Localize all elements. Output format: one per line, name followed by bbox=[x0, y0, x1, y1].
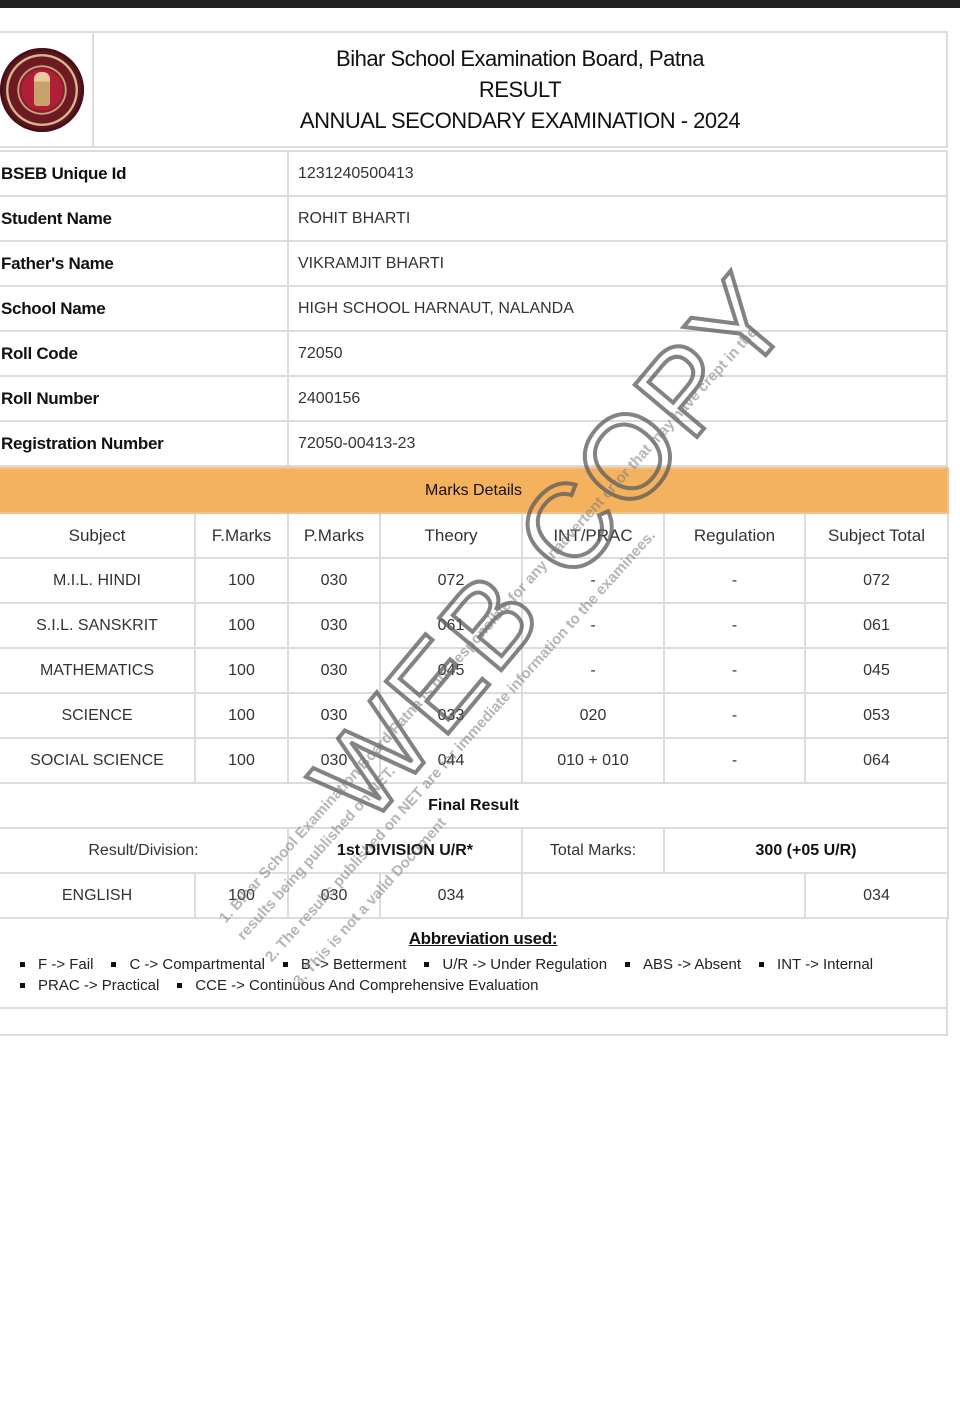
marks-column-headers: Subject F.Marks P.Marks Theory INT/PRAC … bbox=[0, 513, 948, 558]
table-row: SCIENCE 100 030 033 020 - 053 bbox=[0, 693, 948, 738]
square-bullet-icon bbox=[20, 983, 25, 988]
info-row-father-name: Father's Name VIKRAMJIT BHARTI bbox=[0, 241, 947, 286]
marks-table: Marks Details Subject F.Marks P.Marks Th… bbox=[0, 467, 949, 919]
final-result-title: Final Result bbox=[0, 783, 948, 828]
info-label: BSEB Unique Id bbox=[0, 151, 288, 196]
pass-marks-cell: 030 bbox=[288, 558, 380, 603]
info-value: 1231240500413 bbox=[288, 151, 947, 196]
table-row: MATHEMATICS 100 030 045 - - 045 bbox=[0, 648, 948, 693]
theory-cell: 045 bbox=[380, 648, 522, 693]
division-label: Result/Division: bbox=[0, 828, 288, 873]
square-bullet-icon bbox=[20, 962, 25, 967]
subject-total-cell: 072 bbox=[805, 558, 948, 603]
table-row: SOCIAL SCIENCE 100 030 044 010 + 010 - 0… bbox=[0, 738, 948, 783]
board-name: Bihar School Examination Board, Patna bbox=[336, 43, 704, 74]
abbreviation-item: C -> Compartmental bbox=[111, 954, 264, 975]
column-header: P.Marks bbox=[288, 513, 380, 558]
int-prac-cell: 020 bbox=[522, 693, 664, 738]
abbreviations-list: F -> Fail C -> Compartmental B -> Better… bbox=[20, 954, 946, 996]
info-row-roll-code: Roll Code 72050 bbox=[0, 331, 947, 376]
empty-cell bbox=[522, 873, 805, 918]
theory-cell: 044 bbox=[380, 738, 522, 783]
info-label: Registration Number bbox=[0, 421, 288, 466]
column-header: INT/PRAC bbox=[522, 513, 664, 558]
info-row-student-name: Student Name ROHIT BHARTI bbox=[0, 196, 947, 241]
info-value: HIGH SCHOOL HARNAUT, NALANDA bbox=[288, 286, 947, 331]
square-bullet-icon bbox=[283, 962, 288, 967]
table-row: S.I.L. SANSKRIT 100 030 061 - - 061 bbox=[0, 603, 948, 648]
full-marks-cell: 100 bbox=[195, 648, 288, 693]
info-row-roll-number: Roll Number 2400156 bbox=[0, 376, 947, 421]
abbreviation-item: CCE -> Continuous And Comprehensive Eval… bbox=[177, 975, 538, 996]
total-marks-label: Total Marks: bbox=[522, 828, 664, 873]
info-value: 72050-00413-23 bbox=[288, 421, 947, 466]
subject-cell: MATHEMATICS bbox=[0, 648, 195, 693]
subject-cell: SCIENCE bbox=[0, 693, 195, 738]
document-type: RESULT bbox=[479, 74, 561, 105]
regulation-cell: - bbox=[664, 558, 805, 603]
square-bullet-icon bbox=[424, 962, 429, 967]
pass-marks-cell: 030 bbox=[288, 738, 380, 783]
table-row: ENGLISH 100 030 034 034 bbox=[0, 873, 948, 918]
subject-total-cell: 053 bbox=[805, 693, 948, 738]
full-marks-cell: 100 bbox=[195, 693, 288, 738]
full-marks-cell: 100 bbox=[195, 738, 288, 783]
student-info-table: BSEB Unique Id 1231240500413 Student Nam… bbox=[0, 150, 948, 467]
column-header: Theory bbox=[380, 513, 522, 558]
full-marks-cell: 100 bbox=[195, 603, 288, 648]
info-row-school-name: School Name HIGH SCHOOL HARNAUT, NALANDA bbox=[0, 286, 947, 331]
pass-marks-cell: 030 bbox=[288, 873, 380, 918]
int-prac-cell: 010 + 010 bbox=[522, 738, 664, 783]
column-header: Regulation bbox=[664, 513, 805, 558]
full-marks-cell: 100 bbox=[195, 558, 288, 603]
subject-total-cell: 045 bbox=[805, 648, 948, 693]
abbreviation-item: U/R -> Under Regulation bbox=[424, 954, 607, 975]
subject-cell: S.I.L. SANSKRIT bbox=[0, 603, 195, 648]
pass-marks-cell: 030 bbox=[288, 603, 380, 648]
marks-details-header: Marks Details bbox=[0, 468, 948, 513]
regulation-cell: - bbox=[664, 603, 805, 648]
subject-cell: SOCIAL SCIENCE bbox=[0, 738, 195, 783]
info-value: VIKRAMJIT BHARTI bbox=[288, 241, 947, 286]
result-sheet: Bihar School Examination Board, Patna RE… bbox=[0, 31, 948, 1036]
subject-total-cell: 064 bbox=[805, 738, 948, 783]
division-value: 1st DIVISION U/R* bbox=[288, 828, 522, 873]
theory-cell: 072 bbox=[380, 558, 522, 603]
logo-cell bbox=[0, 33, 94, 146]
header-titles: Bihar School Examination Board, Patna RE… bbox=[94, 33, 946, 146]
abbreviation-item: B -> Betterment bbox=[283, 954, 406, 975]
abbreviation-item: ABS -> Absent bbox=[625, 954, 741, 975]
int-prac-cell: - bbox=[522, 648, 664, 693]
theory-cell: 061 bbox=[380, 603, 522, 648]
square-bullet-icon bbox=[111, 962, 116, 967]
pass-marks-cell: 030 bbox=[288, 648, 380, 693]
subject-total-cell: 034 bbox=[805, 873, 948, 918]
section-title: Marks Details bbox=[0, 468, 948, 513]
int-prac-cell: - bbox=[522, 603, 664, 648]
full-marks-cell: 100 bbox=[195, 873, 288, 918]
regulation-cell: - bbox=[664, 648, 805, 693]
subject-total-cell: 061 bbox=[805, 603, 948, 648]
int-prac-cell: - bbox=[522, 558, 664, 603]
info-label: Student Name bbox=[0, 196, 288, 241]
info-value: 2400156 bbox=[288, 376, 947, 421]
abbreviation-item: PRAC -> Practical bbox=[20, 975, 159, 996]
abbreviation-item: F -> Fail bbox=[20, 954, 93, 975]
total-marks-value: 300 (+05 U/R) bbox=[664, 828, 948, 873]
abbreviation-item: INT -> Internal bbox=[759, 954, 873, 975]
subject-cell: ENGLISH bbox=[0, 873, 195, 918]
browser-top-bar bbox=[0, 0, 960, 8]
final-result-header: Final Result bbox=[0, 783, 948, 828]
info-value: ROHIT BHARTI bbox=[288, 196, 947, 241]
regulation-cell: - bbox=[664, 738, 805, 783]
square-bullet-icon bbox=[625, 962, 630, 967]
abbreviations-title: Abbreviation used: bbox=[20, 929, 946, 949]
theory-cell: 034 bbox=[380, 873, 522, 918]
subject-cell: M.I.L. HINDI bbox=[0, 558, 195, 603]
info-label: Roll Number bbox=[0, 376, 288, 421]
column-header: Subject bbox=[0, 513, 195, 558]
regulation-cell: - bbox=[664, 693, 805, 738]
theory-cell: 033 bbox=[380, 693, 522, 738]
info-label: Roll Code bbox=[0, 331, 288, 376]
result-header: Bihar School Examination Board, Patna RE… bbox=[0, 31, 948, 148]
column-header: F.Marks bbox=[195, 513, 288, 558]
pass-marks-cell: 030 bbox=[288, 693, 380, 738]
table-row: M.I.L. HINDI 100 030 072 - - 072 bbox=[0, 558, 948, 603]
info-value: 72050 bbox=[288, 331, 947, 376]
final-result-row: Result/Division: 1st DIVISION U/R* Total… bbox=[0, 828, 948, 873]
blank-footer-row bbox=[0, 1009, 948, 1036]
square-bullet-icon bbox=[177, 983, 182, 988]
exam-name: ANNUAL SECONDARY EXAMINATION - 2024 bbox=[300, 105, 740, 136]
info-row-registration-number: Registration Number 72050-00413-23 bbox=[0, 421, 947, 466]
abbreviations-section: Abbreviation used: F -> Fail C -> Compar… bbox=[0, 919, 948, 1009]
column-header: Subject Total bbox=[805, 513, 948, 558]
info-label: Father's Name bbox=[0, 241, 288, 286]
info-row-unique-id: BSEB Unique Id 1231240500413 bbox=[0, 151, 947, 196]
bseb-emblem-icon bbox=[0, 48, 84, 132]
square-bullet-icon bbox=[759, 962, 764, 967]
info-label: School Name bbox=[0, 286, 288, 331]
